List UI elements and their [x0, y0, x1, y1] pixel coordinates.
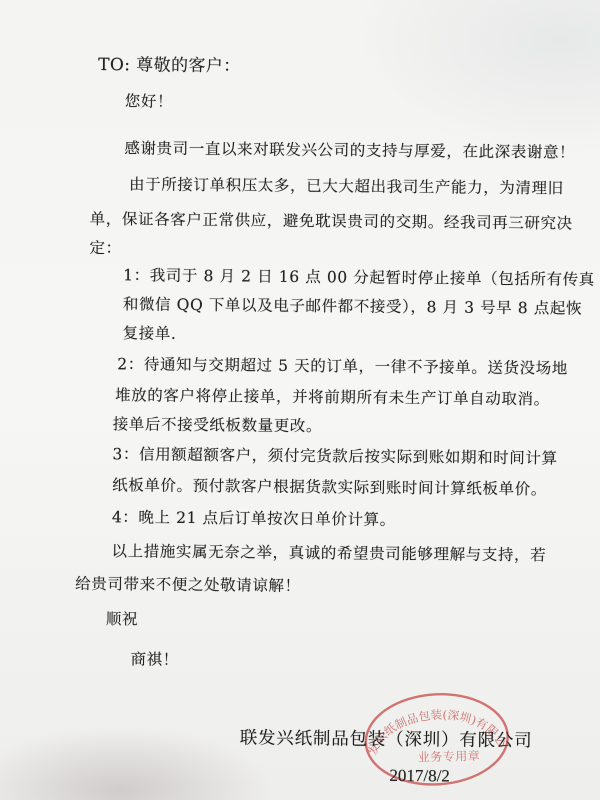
- measure-2-line-1: 2：待通知与交期超过 5 天的订单，一律不予接单。送货没场地: [117, 354, 568, 378]
- closing-line-2: 给贵司带来不便之处敬请谅解！: [75, 574, 301, 596]
- measure-1-line-2: 和微信 QQ 下单以及电子邮件都不接受），8 月 3 号早 8 点起恢: [123, 294, 582, 318]
- greeting: 您好！: [125, 91, 174, 111]
- salutation: TO: 尊敬的客户：: [98, 55, 241, 76]
- reason-line-1: 由于所接订单积压太多，已大大超出我司生产能力，为清理旧: [129, 174, 564, 198]
- measure-3-line-2: 纸板单价。预付款客户根据货款实际到账时间计算纸板单价。: [112, 475, 547, 499]
- measure-1-line-1: 1：我司于 8 月 2 日 16 点 00 分起暂时停止接单（包括所有传真: [123, 265, 595, 290]
- reason-line-3: 定：: [89, 238, 121, 258]
- measure-2-line-3: 接单后不接受纸板数量更改。: [113, 414, 322, 436]
- measure-4-line-1: 4：晚上 21 点后订单按次日单价计算。: [112, 507, 396, 530]
- signature-company: 联发兴纸制品包装（深圳）有限公司: [240, 728, 533, 751]
- letter-date: 2017/8/2: [389, 766, 450, 787]
- closing-line-1: 以上措施实属无奈之举，真诚的希望贵司能够理解与支持，若: [111, 541, 546, 565]
- regards-text: 顺祝: [106, 609, 138, 629]
- measure-1-line-3: 复接单.: [123, 323, 177, 344]
- measure-2-line-2: 堆放的客户将停止接单，并将前期所有未生产订单自动取消。: [115, 385, 550, 409]
- letter-sheet: TO: 尊敬的客户： 您好！ 感谢贵司一直以来对联发兴公司的支持与厚爱，在此深表…: [0, 0, 600, 800]
- document-photo: TO: 尊敬的客户： 您好！ 感谢贵司一直以来对联发兴公司的支持与厚爱，在此深表…: [0, 0, 600, 800]
- measure-3-line-1: 3：信用额超额客户，须付完货款后按实际到账如期和时间计算: [112, 444, 557, 468]
- intro-paragraph: 感谢贵司一直以来对联发兴公司的支持与厚爱，在此深表谢意！: [124, 138, 575, 162]
- wish-text: 商祺！: [130, 649, 179, 669]
- reason-line-2: 单，保证各客户正常供应，避免耽误贵司的交期。经我司再三研究决: [90, 209, 573, 234]
